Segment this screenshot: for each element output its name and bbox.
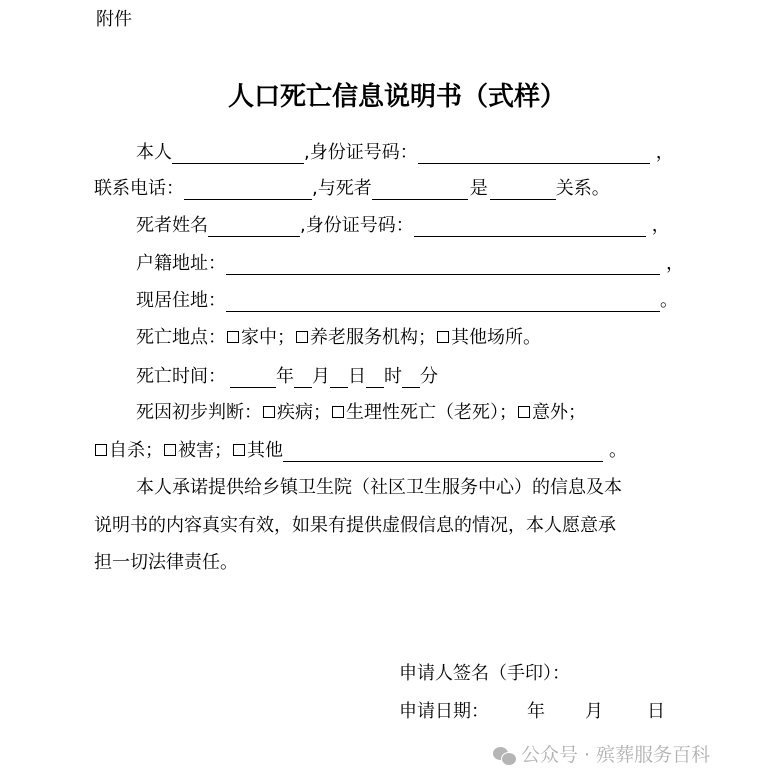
option-other-cause: 其他 bbox=[247, 440, 283, 461]
label-current-address: 现居住地： bbox=[136, 290, 226, 311]
label-death-time: 死亡时间： bbox=[136, 366, 226, 387]
unit-day: 日 bbox=[348, 366, 366, 387]
label-relationship: 关系。 bbox=[556, 178, 610, 199]
label-household-address: 户籍地址： bbox=[136, 253, 226, 274]
month-field[interactable] bbox=[294, 369, 312, 388]
watermark: 公众号 · 殡葬服务百科 bbox=[493, 740, 710, 767]
label-is: 是 bbox=[470, 178, 488, 199]
relationship-field[interactable] bbox=[490, 181, 556, 200]
wechat-icon bbox=[493, 747, 515, 765]
checkbox-other-place[interactable] bbox=[437, 331, 449, 343]
deceased-name-field[interactable] bbox=[208, 218, 300, 237]
watermark-text: 公众号 · 殡葬服务百科 bbox=[521, 744, 710, 766]
unit-minute: 分 bbox=[420, 366, 438, 387]
deceased-id-field[interactable] bbox=[414, 218, 646, 237]
option-care-institution: 养老服务机构； bbox=[310, 327, 436, 348]
line-deceased: 死者姓名,身份证号码：， bbox=[136, 215, 670, 237]
label-death-place: 死亡地点： bbox=[136, 327, 226, 348]
option-other-place: 其他场所。 bbox=[451, 327, 541, 348]
pledge-line-3: 担一切法律责任。 bbox=[94, 552, 238, 574]
label-id-number: ,身份证号码： bbox=[304, 142, 418, 163]
label-declarant: 本人 bbox=[136, 142, 172, 163]
other-cause-field[interactable] bbox=[283, 443, 603, 462]
checkbox-suicide[interactable] bbox=[95, 444, 107, 456]
label-phone: 联系电话： bbox=[94, 178, 184, 199]
punct: ， bbox=[652, 215, 670, 236]
option-suicide: 自杀； bbox=[109, 440, 163, 461]
pledge-line-2: 说明书的内容真实有效，如果有提供虚假信息的情况，本人愿意承 bbox=[94, 515, 616, 537]
line-current-address: 现居住地：。 bbox=[136, 290, 678, 312]
page-title: 人口死亡信息说明书（式样） bbox=[228, 76, 566, 113]
line-declarant: 本人,身份证号码：， bbox=[136, 142, 674, 164]
option-accident: 意外； bbox=[532, 402, 586, 423]
pledge-line-1: 本人承诺提供给乡镇卫生院（社区卫生服务中心）的信息及本 bbox=[136, 477, 622, 499]
attachment-label: 附件 bbox=[96, 9, 132, 31]
unit-year: 年 bbox=[276, 366, 294, 387]
line-death-place: 死亡地点：家中；养老服务机构；其他场所。 bbox=[136, 327, 541, 349]
checkbox-care-institution[interactable] bbox=[296, 331, 308, 343]
checkbox-accident[interactable] bbox=[518, 406, 530, 418]
day-field[interactable] bbox=[330, 369, 348, 388]
phone-field[interactable] bbox=[184, 181, 312, 200]
checkbox-homicide[interactable] bbox=[164, 444, 176, 456]
option-disease: 疾病； bbox=[277, 402, 331, 423]
declarant-name-field[interactable] bbox=[172, 145, 304, 164]
punct: 。 bbox=[609, 440, 627, 461]
unit-hour: 时 bbox=[384, 366, 402, 387]
household-address-field[interactable] bbox=[226, 256, 660, 275]
hour-field[interactable] bbox=[366, 369, 384, 388]
date-day: 日 bbox=[647, 701, 665, 722]
option-home: 家中； bbox=[241, 327, 295, 348]
line-death-cause-cont: 自杀；被害；其他。 bbox=[94, 440, 627, 462]
punct: 。 bbox=[660, 290, 678, 311]
option-natural-death: 生理性死亡（老死）； bbox=[346, 402, 517, 423]
punct: ， bbox=[656, 142, 674, 163]
line-household-address: 户籍地址：， bbox=[136, 253, 684, 275]
label-with-deceased: ,与死者 bbox=[312, 178, 372, 199]
label-application-date: 申请日期： bbox=[399, 701, 489, 722]
declarant-id-field[interactable] bbox=[418, 145, 650, 164]
signature-label: 申请人签名（手印）： bbox=[399, 663, 570, 685]
unit-month: 月 bbox=[312, 366, 330, 387]
application-date: 申请日期：年月日 bbox=[399, 701, 665, 723]
checkbox-disease[interactable] bbox=[263, 406, 275, 418]
label-deceased-name: 死者姓名 bbox=[136, 215, 208, 236]
checkbox-other-cause[interactable] bbox=[233, 444, 245, 456]
year-field[interactable] bbox=[230, 369, 276, 388]
line-death-cause: 死因初步判断：疾病；生理性死亡（老死）；意外； bbox=[136, 402, 586, 424]
deceased-relation-name-field[interactable] bbox=[372, 181, 468, 200]
date-month: 月 bbox=[585, 701, 603, 722]
line-contact: 联系电话：,与死者是关系。 bbox=[94, 178, 610, 200]
checkbox-home[interactable] bbox=[227, 331, 239, 343]
line-death-time: 死亡时间：年月日时分 bbox=[136, 366, 438, 388]
checkbox-natural-death[interactable] bbox=[332, 406, 344, 418]
label-death-cause: 死因初步判断： bbox=[136, 402, 262, 423]
label-deceased-id: ,身份证号码： bbox=[300, 215, 414, 236]
minute-field[interactable] bbox=[402, 369, 420, 388]
current-address-field[interactable] bbox=[226, 293, 660, 312]
date-year: 年 bbox=[527, 701, 545, 722]
punct: ， bbox=[666, 253, 684, 274]
option-homicide: 被害； bbox=[178, 440, 232, 461]
